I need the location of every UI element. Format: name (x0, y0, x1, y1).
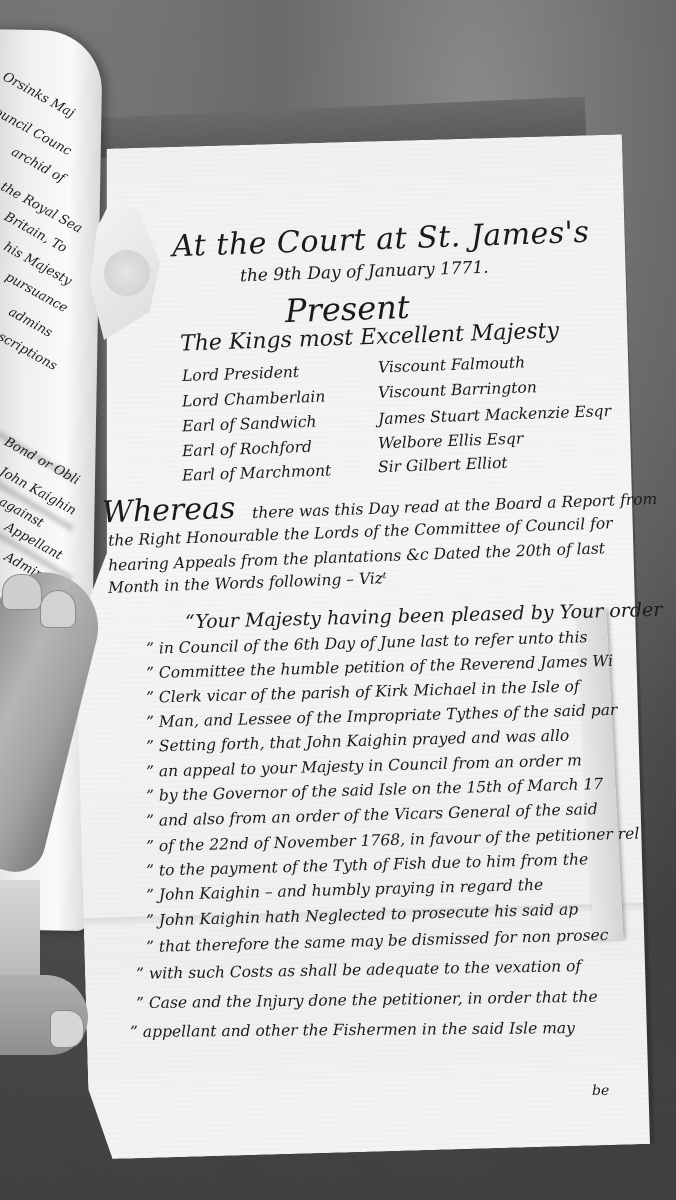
wax-seal-icon (104, 250, 150, 296)
fingernail (2, 574, 42, 610)
thumbnail (50, 1010, 84, 1048)
whereas-heading: Whereas (101, 491, 235, 531)
book-page-edge (0, 880, 40, 975)
fingernail (40, 590, 76, 628)
catchword: be (592, 1083, 609, 1099)
